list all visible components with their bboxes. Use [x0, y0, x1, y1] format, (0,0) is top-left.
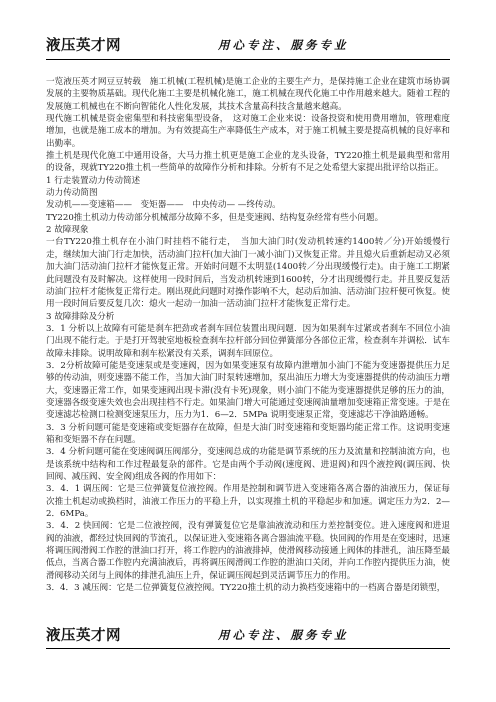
- site-slogan: 用心专注、服务专业: [218, 37, 349, 53]
- paragraph-3-4-3: 3．4．3 减压阀：它是二位弹簧复位液控阀。TY220推土机的动力换档变速箱中的…: [46, 582, 450, 594]
- site-brand: 液压英才网: [46, 34, 121, 55]
- footer-slogan: 用心专注、服务专业: [218, 627, 349, 643]
- paragraph-transmission-chain: 发动机——变速箱—— 变矩器—— 中央传动— —终传动。: [46, 199, 450, 211]
- paragraph-3-4-1: 3．4．1 调压阀：它是三位弹簧复位液控阀。作用是控制和调节进入变速箱各离合器的…: [46, 483, 450, 520]
- paragraph-cost: 现代施工机械是资金密集型和科技密集型设备， 这对施工企业来说：设备投资和使用费用…: [46, 113, 450, 150]
- page-header: 液压英才网 用心专注、服务专业: [46, 34, 450, 60]
- footer-brand: 液压英才网: [46, 624, 121, 645]
- page-footer: 液压英才网 用心专注、服务专业: [46, 624, 450, 650]
- header-divider: [46, 59, 450, 60]
- paragraph-3-2: 3．2分析故障可能是变速泵或是变速阀，因为如果变速泵有故障内泄增加小油门不能为变…: [46, 360, 450, 422]
- paragraph-intro: 一览液压英才网豆豆转载 施工机械(工程机械)是施工企业的主要生产力，是保持施工企…: [46, 76, 450, 113]
- paragraph-3-3: 3．3 分析问题可能是变速箱或变矩器存在故障，但是大油门时变速箱和变矩器均能正常…: [46, 422, 450, 447]
- footer-divider: [46, 648, 450, 649]
- paragraph-3-1: 3．1 分析以上故障有可能是刹车把劲或者刹车回位装置出现问题．因为如果刹车过紧或…: [46, 323, 450, 360]
- section-heading-3: 3 故障排除及分析: [46, 311, 450, 323]
- paragraph-3-4-2: 3．4．2 快回阀：它是二位液控阀，没有弹簧复位它是靠油液流动和压力差控制变位。…: [46, 520, 450, 582]
- section-heading-2: 2 故障现象: [46, 224, 450, 236]
- paragraph-bulldozer: 推土机是现代化施工中通用设备，大马力推土机更是施工企业的龙头设备，TY220推土…: [46, 150, 450, 175]
- document-body: 一览液压英才网豆豆转载 施工机械(工程机械)是施工企业的主要生产力，是保持施工企…: [46, 76, 450, 594]
- paragraph-transmission-note: TY220推土机动力传动部分机械部分故障不多，但是变速阀、结构复杂经常有些小问题…: [46, 212, 450, 224]
- paragraph-diagram-title: 动力传动简图: [46, 187, 450, 199]
- section-heading-1: 1 行走装置动力传动简述: [46, 175, 450, 187]
- paragraph-3-4: 3．4 分析问题可能在变速阀调压阀部分，变速阀总成的功能是调节系统的压力及流量和…: [46, 446, 450, 483]
- paragraph-symptom: 一台TY220推土机存在小油门时挂档不能行走， 当加大油门时(发动机转速约140…: [46, 236, 450, 310]
